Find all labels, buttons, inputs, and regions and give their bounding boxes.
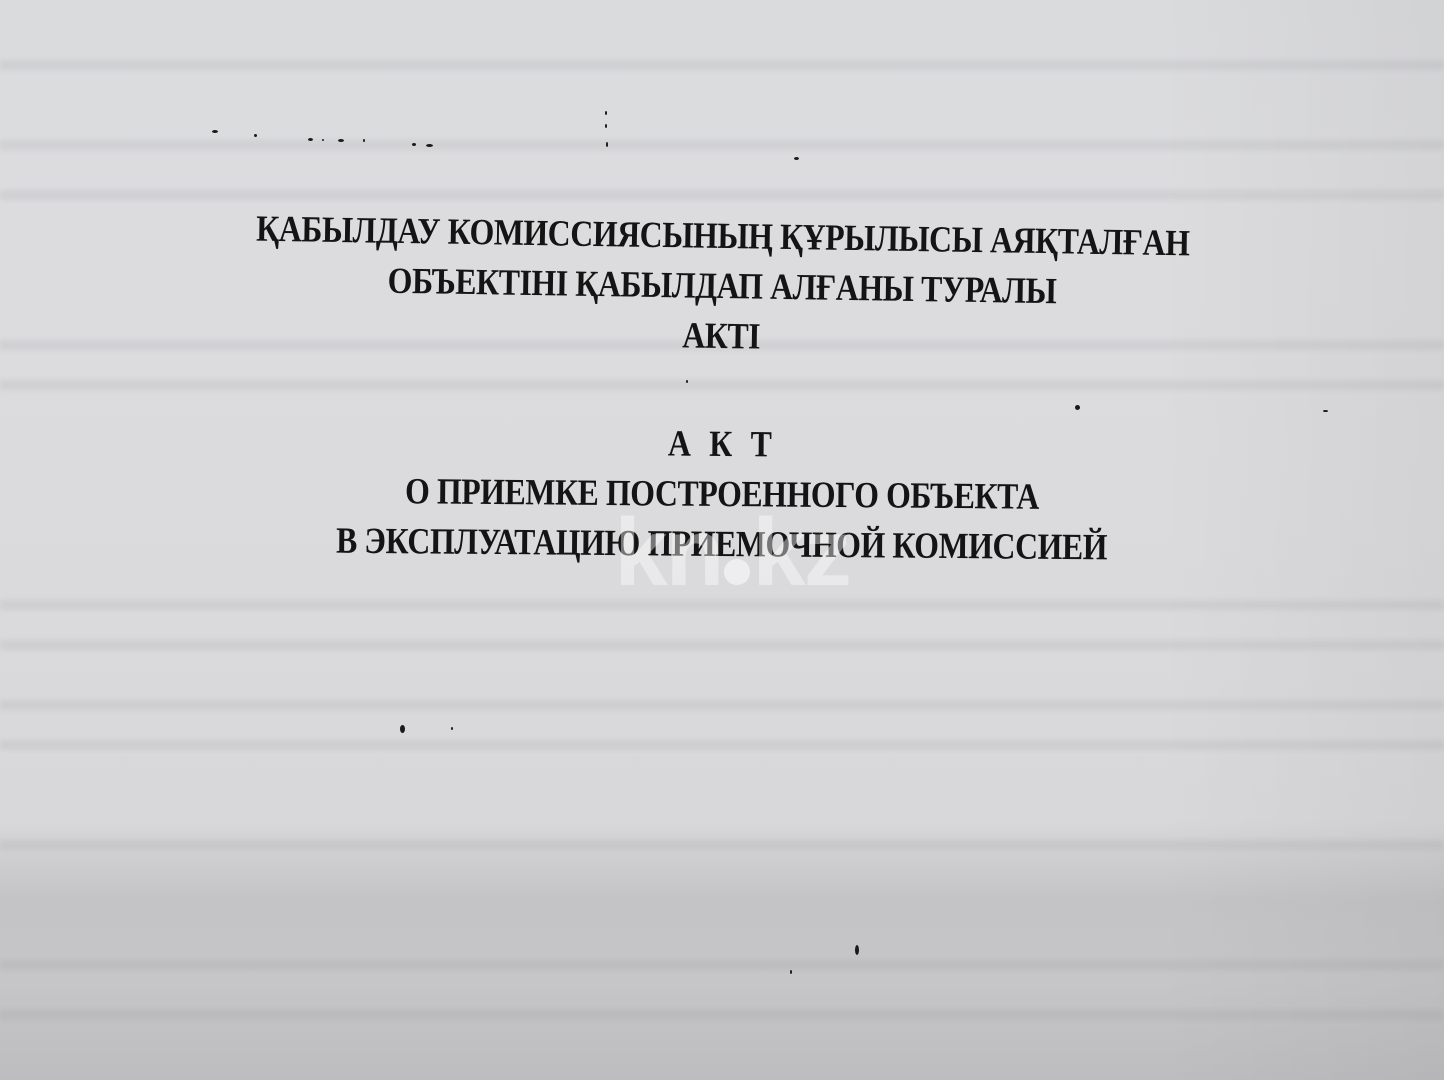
bleed-through-line — [0, 700, 1444, 710]
watermark-text-left: kn — [614, 499, 722, 606]
toner-speck — [363, 139, 365, 142]
bleed-through-line — [0, 190, 1444, 200]
toner-speck — [308, 138, 313, 141]
toner-speck — [794, 157, 799, 160]
toner-speck — [605, 124, 607, 128]
kazakh-title: ҚАБЫЛДАУ КОМИССИЯСЫНЫҢ ҚҰРЫЛЫСЫ АЯҚТАЛҒА… — [0, 201, 1444, 374]
toner-speck — [606, 142, 608, 147]
bleed-through-line — [0, 960, 1444, 970]
toner-speck — [1323, 410, 1328, 412]
house-icon — [724, 559, 750, 585]
watermark-logo: knkz — [582, 498, 882, 608]
toner-speck — [254, 134, 257, 137]
toner-speck — [322, 139, 324, 141]
document-page: ҚАБЫЛДАУ КОМИССИЯСЫНЫҢ ҚҰРЫЛЫСЫ АЯҚТАЛҒА… — [0, 0, 1444, 1080]
toner-speck — [451, 727, 453, 730]
toner-speck — [212, 130, 218, 133]
bleed-through-line — [0, 640, 1444, 650]
toner-speck — [605, 111, 607, 115]
toner-speck — [400, 725, 405, 733]
toner-speck — [426, 144, 433, 147]
toner-speck — [790, 970, 792, 974]
toner-speck — [412, 143, 416, 146]
bleed-through-line — [0, 140, 1444, 150]
toner-speck — [855, 945, 859, 955]
bleed-through-line — [0, 380, 1444, 390]
bleed-through-line — [0, 1010, 1444, 1020]
bleed-through-line — [0, 60, 1444, 70]
watermark-text-right: kz — [752, 499, 849, 606]
bleed-through-line — [0, 740, 1444, 750]
toner-speck — [338, 139, 344, 142]
bleed-through-line — [0, 840, 1444, 850]
toner-speck — [1075, 405, 1080, 410]
toner-speck — [686, 380, 688, 383]
